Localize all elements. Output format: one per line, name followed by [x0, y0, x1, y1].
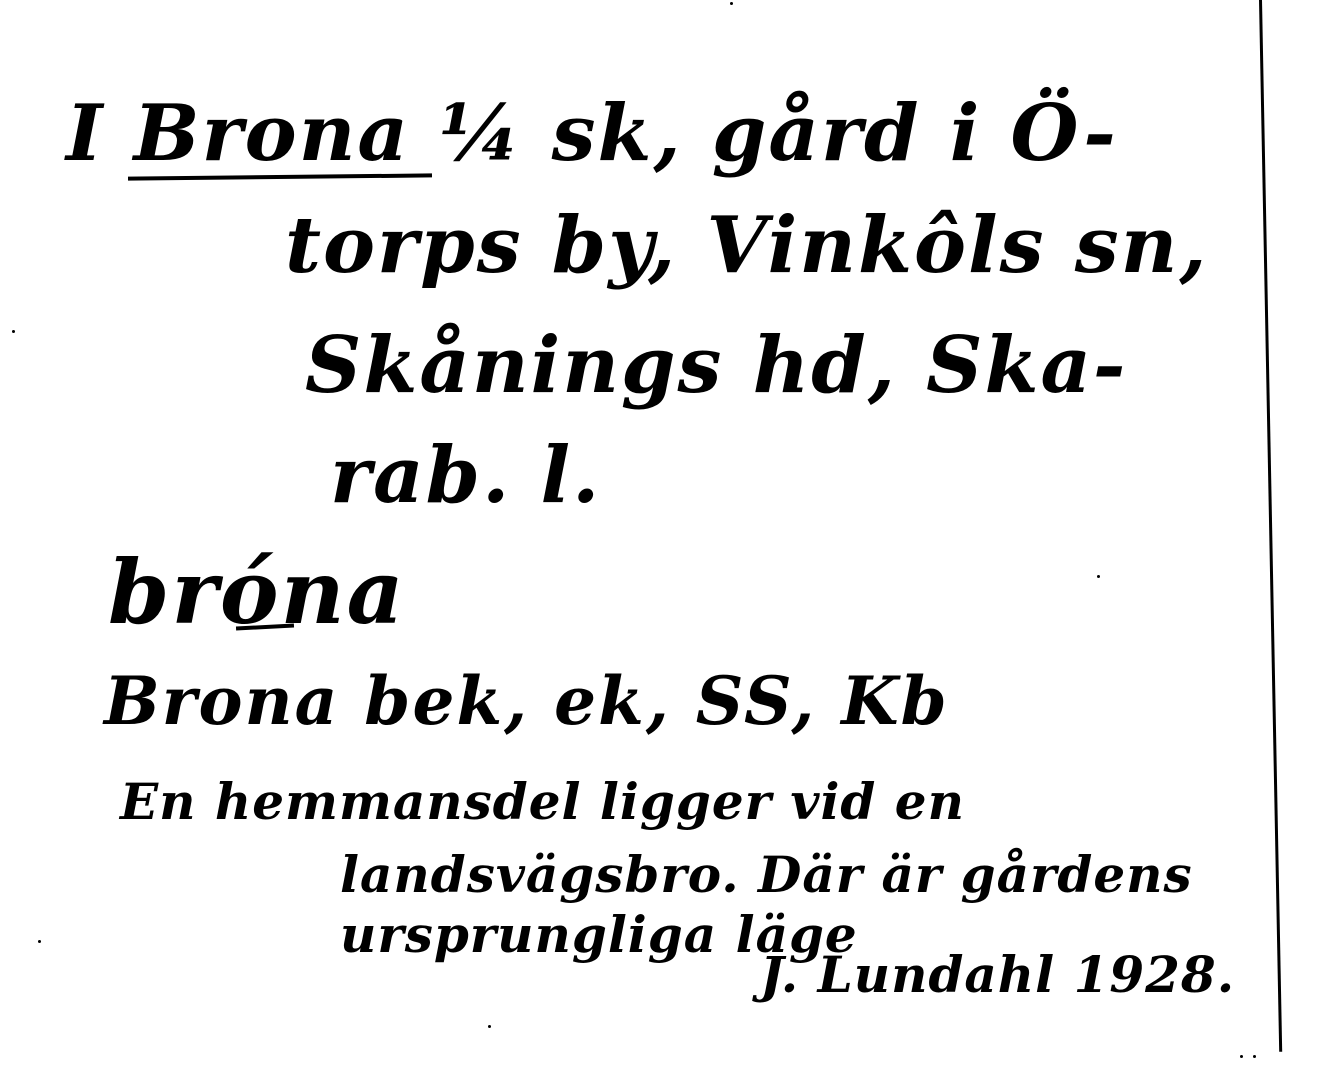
scan-speck — [1253, 1055, 1256, 1058]
scan-speck — [1097, 575, 1100, 578]
note-line-1: En hemmansdel ligger vid en — [120, 772, 965, 831]
card-edge-line — [1259, 0, 1282, 1052]
scan-speck — [1240, 1055, 1243, 1058]
location-line-2: Skånings hd, Ska- — [305, 320, 1127, 411]
forms-line: Brona bek, ek, SS, Kb — [104, 662, 949, 740]
signature-line: J. Lundahl 1928. — [760, 945, 1235, 1004]
note-line-2: landsvägsbro. Där är gårdens — [340, 845, 1193, 904]
scan-speck — [12, 330, 15, 333]
scan-speck — [38, 940, 41, 943]
scan-speck — [488, 1025, 491, 1028]
scan-speck — [730, 2, 733, 5]
header-line: I Brona ¼ sk, gård i Ö- — [66, 88, 1118, 179]
location-line-1: torps by, Vinkôls sn, — [285, 200, 1209, 291]
location-line-3: rab. l. — [330, 430, 601, 521]
document-card: I Brona ¼ sk, gård i Ö- torps by, Vinkôl… — [0, 0, 1319, 1079]
